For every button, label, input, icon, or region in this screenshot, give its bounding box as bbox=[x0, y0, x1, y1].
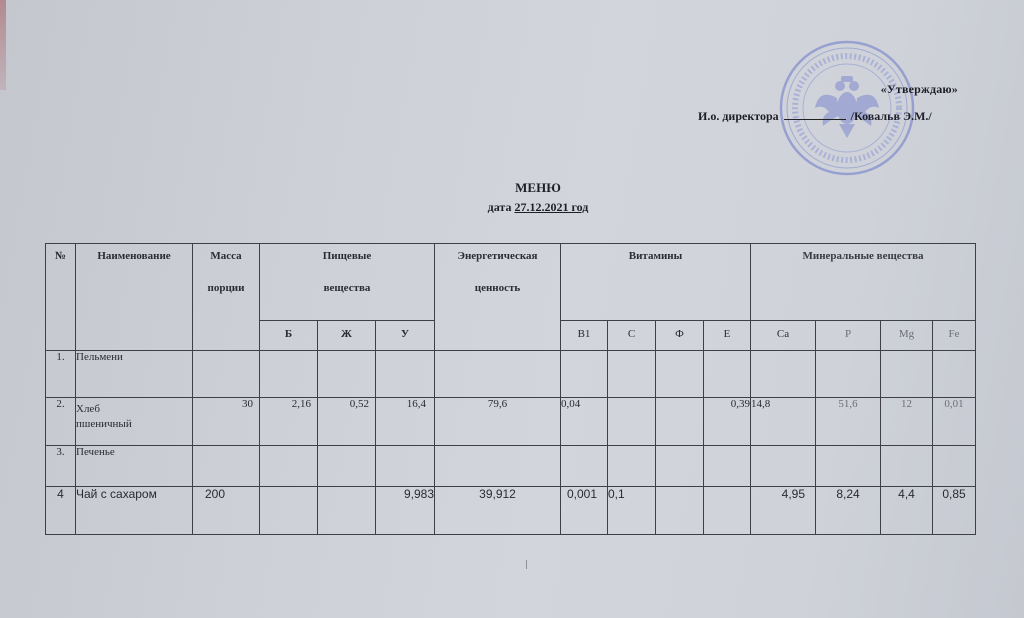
row-p: 8,24 bbox=[816, 487, 881, 535]
row-fe bbox=[933, 351, 976, 398]
row-name: Печенье bbox=[76, 446, 193, 487]
row-mass bbox=[193, 351, 260, 398]
signature-line bbox=[784, 109, 846, 120]
row-zh bbox=[318, 446, 376, 487]
row-c: 0,1 bbox=[608, 487, 656, 535]
row-zh bbox=[318, 487, 376, 535]
row-fe bbox=[933, 446, 976, 487]
subheader-b1: B1 bbox=[561, 321, 608, 351]
subheader-ca: Ca bbox=[751, 321, 816, 351]
subheader-c: C bbox=[608, 321, 656, 351]
row-c bbox=[608, 398, 656, 446]
row-u bbox=[376, 446, 435, 487]
header-num: № bbox=[46, 244, 76, 351]
subheader-e: E bbox=[704, 321, 751, 351]
header-minerals: Минеральные вещества bbox=[751, 244, 976, 321]
row-b bbox=[260, 351, 318, 398]
row-f bbox=[656, 351, 704, 398]
paper-edge bbox=[0, 0, 6, 90]
header-row: № Наименование Масса порции Пищевые веще… bbox=[46, 244, 976, 321]
row-c bbox=[608, 446, 656, 487]
subheader-u: У bbox=[376, 321, 435, 351]
row-mass bbox=[193, 446, 260, 487]
row-fe: 0,01 bbox=[933, 398, 976, 446]
row-e bbox=[704, 351, 751, 398]
date-prefix: дата bbox=[488, 200, 512, 214]
row-energy: 39,912 bbox=[435, 487, 561, 535]
row-f bbox=[656, 487, 704, 535]
row-num: 3. bbox=[46, 446, 76, 487]
table-row: 2. Хлеб пшеничный 30 2,16 0,52 16,4 79,6… bbox=[46, 398, 976, 446]
paper-sheet: «Утверждаю» И.о. директора /Ковальв Э.М.… bbox=[0, 0, 1024, 618]
row-mass: 200 bbox=[193, 487, 260, 535]
row-mg bbox=[881, 446, 933, 487]
row-b1 bbox=[561, 351, 608, 398]
row-b1 bbox=[561, 446, 608, 487]
header-name: Наименование bbox=[76, 244, 193, 351]
row-c bbox=[608, 351, 656, 398]
subheader-zh: Ж bbox=[318, 321, 376, 351]
director-position: И.о. директора bbox=[698, 109, 779, 123]
header-vitamins: Витамины bbox=[561, 244, 751, 321]
subheader-fe: Fe bbox=[933, 321, 976, 351]
row-name: Хлеб пшеничный bbox=[76, 398, 193, 446]
table-row: 3. Печенье bbox=[46, 446, 976, 487]
row-mg bbox=[881, 351, 933, 398]
row-u bbox=[376, 351, 435, 398]
row-zh: 0,52 bbox=[318, 398, 376, 446]
row-ca: 14,8 bbox=[751, 398, 816, 446]
row-f bbox=[656, 398, 704, 446]
row-num: 4 bbox=[46, 487, 76, 535]
row-b1: 0,001 bbox=[561, 487, 608, 535]
row-p: 51,6 bbox=[816, 398, 881, 446]
menu-table: № Наименование Масса порции Пищевые веще… bbox=[45, 243, 976, 535]
row-f bbox=[656, 446, 704, 487]
pen-mark bbox=[526, 560, 527, 569]
director-name: /Ковальв Э.М./ bbox=[851, 109, 932, 123]
row-e bbox=[704, 446, 751, 487]
row-ca bbox=[751, 446, 816, 487]
table-row: 1. Пельмени bbox=[46, 351, 976, 398]
row-ca: 4,95 bbox=[751, 487, 816, 535]
subheader-p: P bbox=[816, 321, 881, 351]
document-title: МЕНЮ дата 27.12.2021 год bbox=[0, 180, 1024, 215]
row-p bbox=[816, 351, 881, 398]
director-line: И.о. директора /Ковальв Э.М./ bbox=[698, 109, 932, 124]
subheader-f: Ф bbox=[656, 321, 704, 351]
row-energy bbox=[435, 446, 561, 487]
row-mass: 30 bbox=[193, 398, 260, 446]
header-energy: Энергетическая ценность bbox=[435, 244, 561, 351]
approve-label: «Утверждаю» bbox=[881, 82, 958, 97]
table-row: 4 Чай с сахаром 200 9,983 39,912 0,001 0… bbox=[46, 487, 976, 535]
row-b bbox=[260, 487, 318, 535]
row-mg: 12 bbox=[881, 398, 933, 446]
subheader-mg: Mg bbox=[881, 321, 933, 351]
row-b1: 0,04 bbox=[561, 398, 608, 446]
row-name: Пельмени bbox=[76, 351, 193, 398]
row-zh bbox=[318, 351, 376, 398]
menu-date-line: дата 27.12.2021 год bbox=[0, 200, 1024, 215]
row-energy: 79,6 bbox=[435, 398, 561, 446]
row-p bbox=[816, 446, 881, 487]
row-energy bbox=[435, 351, 561, 398]
row-mg: 4,4 bbox=[881, 487, 933, 535]
row-b bbox=[260, 446, 318, 487]
row-fe: 0,85 bbox=[933, 487, 976, 535]
row-u: 9,983 bbox=[376, 487, 435, 535]
menu-heading: МЕНЮ bbox=[0, 180, 1024, 196]
header-mass: Масса порции bbox=[193, 244, 260, 351]
row-ca bbox=[751, 351, 816, 398]
row-num: 2. bbox=[46, 398, 76, 446]
row-e bbox=[704, 487, 751, 535]
header-nutrients: Пищевые вещества bbox=[260, 244, 435, 321]
subheader-b: Б bbox=[260, 321, 318, 351]
menu-date: 27.12.2021 год bbox=[514, 200, 588, 214]
row-e: 0,39 bbox=[704, 398, 751, 446]
row-u: 16,4 bbox=[376, 398, 435, 446]
row-num: 1. bbox=[46, 351, 76, 398]
approval-block: «Утверждаю» И.о. директора /Ковальв Э.М.… bbox=[690, 78, 990, 138]
row-b: 2,16 bbox=[260, 398, 318, 446]
row-name: Чай с сахаром bbox=[76, 487, 193, 535]
